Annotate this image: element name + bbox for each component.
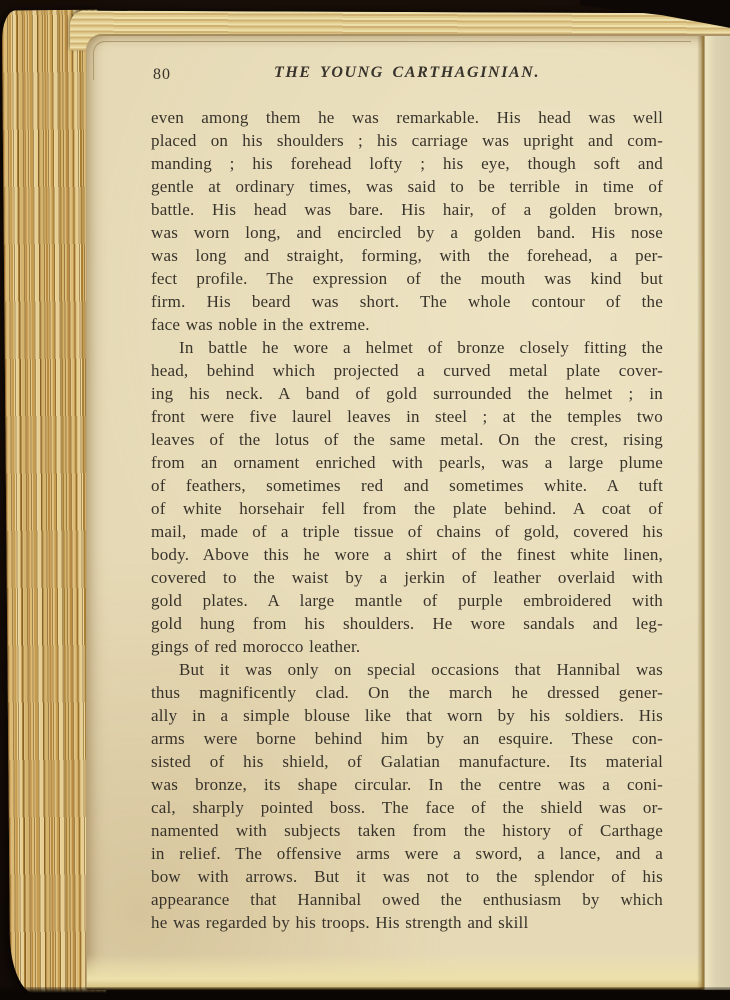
text-line: in relief. The offensive arms were a swo…	[151, 842, 663, 865]
text-line: ally in a simple blouse like that worn b…	[151, 704, 663, 727]
text-line: placed on his shoulders ; his carriage w…	[151, 129, 663, 152]
text-block: even among them he was remarkable. His h…	[151, 106, 663, 934]
adjacent-page-sliver	[704, 36, 730, 990]
text-line: was bronze, its shape circular. In the c…	[151, 773, 663, 796]
text-line: namented with subjects taken from the hi…	[151, 819, 663, 842]
text-line: ing his neck. A band of gold surrounded …	[151, 382, 663, 405]
text-line: cal, sharply pointed boss. The face of t…	[151, 796, 663, 819]
paragraph: even among them he was remarkable. His h…	[151, 106, 663, 336]
text-line: gings of red morocco leather.	[151, 635, 663, 658]
text-line: face was noble in the extreme.	[151, 313, 663, 336]
text-line: But it was only on special occasions tha…	[151, 658, 663, 681]
book-page: 80 THE YOUNG CARTHAGINIAN. even among th…	[86, 34, 730, 990]
page-header: 80 THE YOUNG CARTHAGINIAN.	[151, 64, 663, 90]
text-line: leaves of the lotus of the same metal. O…	[151, 428, 663, 451]
text-line: sisted of his shield, of Galatian manufa…	[151, 750, 663, 773]
page-number: 80	[153, 66, 171, 84]
text-line: In battle he wore a helmet of bronze clo…	[151, 336, 663, 359]
text-line: covered to the waist by a jerkin of leat…	[151, 566, 663, 589]
text-line: even among them he was remarkable. His h…	[151, 106, 663, 129]
text-line: from an ornament enriched with pearls, w…	[151, 451, 663, 474]
text-line: appearance that Hannibal owed the enthus…	[151, 888, 663, 911]
text-line: was long and straight, forming, with the…	[151, 244, 663, 267]
book-photo: 80 THE YOUNG CARTHAGINIAN. even among th…	[0, 0, 730, 1000]
paragraph: In battle he wore a helmet of bronze clo…	[151, 336, 663, 658]
paragraph: But it was only on special occasions tha…	[151, 658, 663, 934]
text-line: body. Above this he wore a shirt of the …	[151, 543, 663, 566]
text-line: gold hung from his shoulders. He wore sa…	[151, 612, 663, 635]
text-line: of feathers, sometimes red and sometimes…	[151, 474, 663, 497]
photo-bottom-edge	[0, 987, 730, 1000]
text-line: fect profile. The expression of the mout…	[151, 267, 663, 290]
text-line: bow with arrows. But it was not to the s…	[151, 865, 663, 888]
text-line: mail, made of a triple tissue of chains …	[151, 520, 663, 543]
text-line: manding ; his forehead lofty ; his eye, …	[151, 152, 663, 175]
text-line: was worn long, and encircled by a golden…	[151, 221, 663, 244]
text-line: head, behind which projected a curved me…	[151, 359, 663, 382]
running-title: THE YOUNG CARTHAGINIAN.	[274, 64, 540, 81]
text-line: gold plates. A large mantle of purple em…	[151, 589, 663, 612]
text-line: battle. His head was bare. His hair, of …	[151, 198, 663, 221]
text-line: gentle at ordinary times, was said to be…	[151, 175, 663, 198]
text-line: arms were borne behind him by an esquire…	[151, 727, 663, 750]
text-line: firm. His beard was short. The whole con…	[151, 290, 663, 313]
text-line: thus magnificently clad. On the march he…	[151, 681, 663, 704]
text-line: of white horsehair fell from the plate b…	[151, 497, 663, 520]
text-line: he was regarded by his troops. His stren…	[151, 911, 663, 934]
text-line: front were five laurel leaves in steel ;…	[151, 405, 663, 428]
